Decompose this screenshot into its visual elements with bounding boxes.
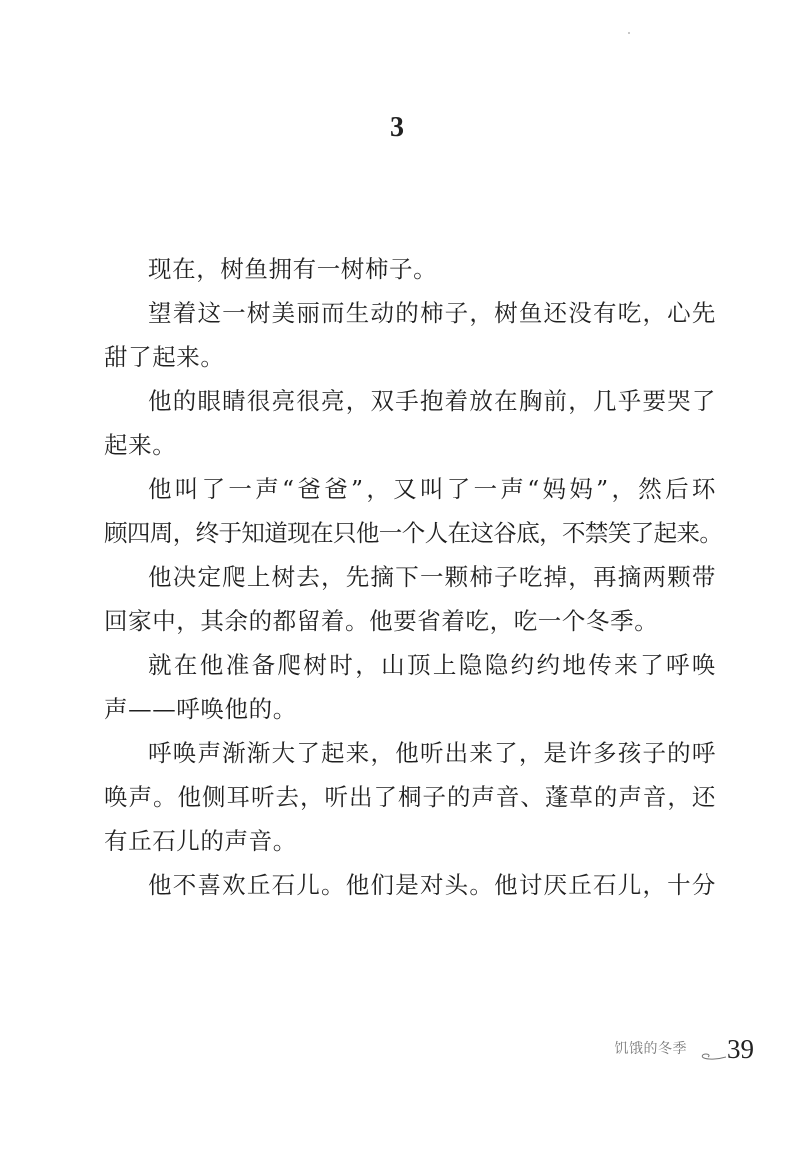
text-line: 他决定爬上树去，先摘下一颗柿子吃掉，再摘两颗带 bbox=[148, 562, 716, 592]
text-line: 声——呼唤他的。 bbox=[104, 694, 297, 724]
text-line: 有丘石儿的声音。 bbox=[104, 826, 297, 856]
scan-speck bbox=[628, 32, 630, 34]
text-line: 他的眼睛很亮很亮，双手抱着放在胸前，几乎要哭了 bbox=[148, 386, 716, 416]
running-title: 饥饿的冬季 bbox=[615, 1038, 688, 1058]
page-number: 39 bbox=[727, 1034, 754, 1064]
text-line: 起来。 bbox=[104, 430, 176, 460]
text-line: 甜了起来。 bbox=[104, 342, 225, 372]
text-line: 就在他准备爬树时，山顶上隐隐约约地传来了呼唤 bbox=[148, 650, 716, 680]
page-footer: 饥饿的冬季 39 bbox=[615, 1024, 755, 1064]
book-page: 3 现在，树鱼拥有一树柿子。 望着这一树美丽而生动的柿子，树鱼还没有吃，心先 甜… bbox=[0, 0, 794, 1166]
text-line: 他叫了一声“爸爸”，又叫了一声“妈妈”，然后环 bbox=[148, 474, 716, 504]
text-line: 望着这一树美丽而生动的柿子，树鱼还没有吃，心先 bbox=[148, 298, 716, 328]
page-number-group: 39 bbox=[701, 1034, 754, 1064]
text-line: 现在，树鱼拥有一树柿子。 bbox=[148, 254, 437, 284]
text-line: 回家中，其余的都留着。他要省着吃，吃一个冬季。 bbox=[104, 606, 658, 636]
text-line: 顾四周，终于知道现在只他一个人在这谷底，不禁笑了起来。 bbox=[104, 518, 716, 548]
chapter-number: 3 bbox=[0, 112, 794, 144]
text-line: 呼唤声渐渐大了起来，他听出来了，是许多孩子的呼 bbox=[148, 738, 716, 768]
swoosh-ornament-icon bbox=[701, 1048, 727, 1060]
text-line: 唤声。他侧耳听去，听出了桐子的声音、蓬草的声音，还 bbox=[104, 782, 716, 812]
text-line: 他不喜欢丘石儿。他们是对头。他讨厌丘石儿，十分 bbox=[148, 870, 716, 900]
